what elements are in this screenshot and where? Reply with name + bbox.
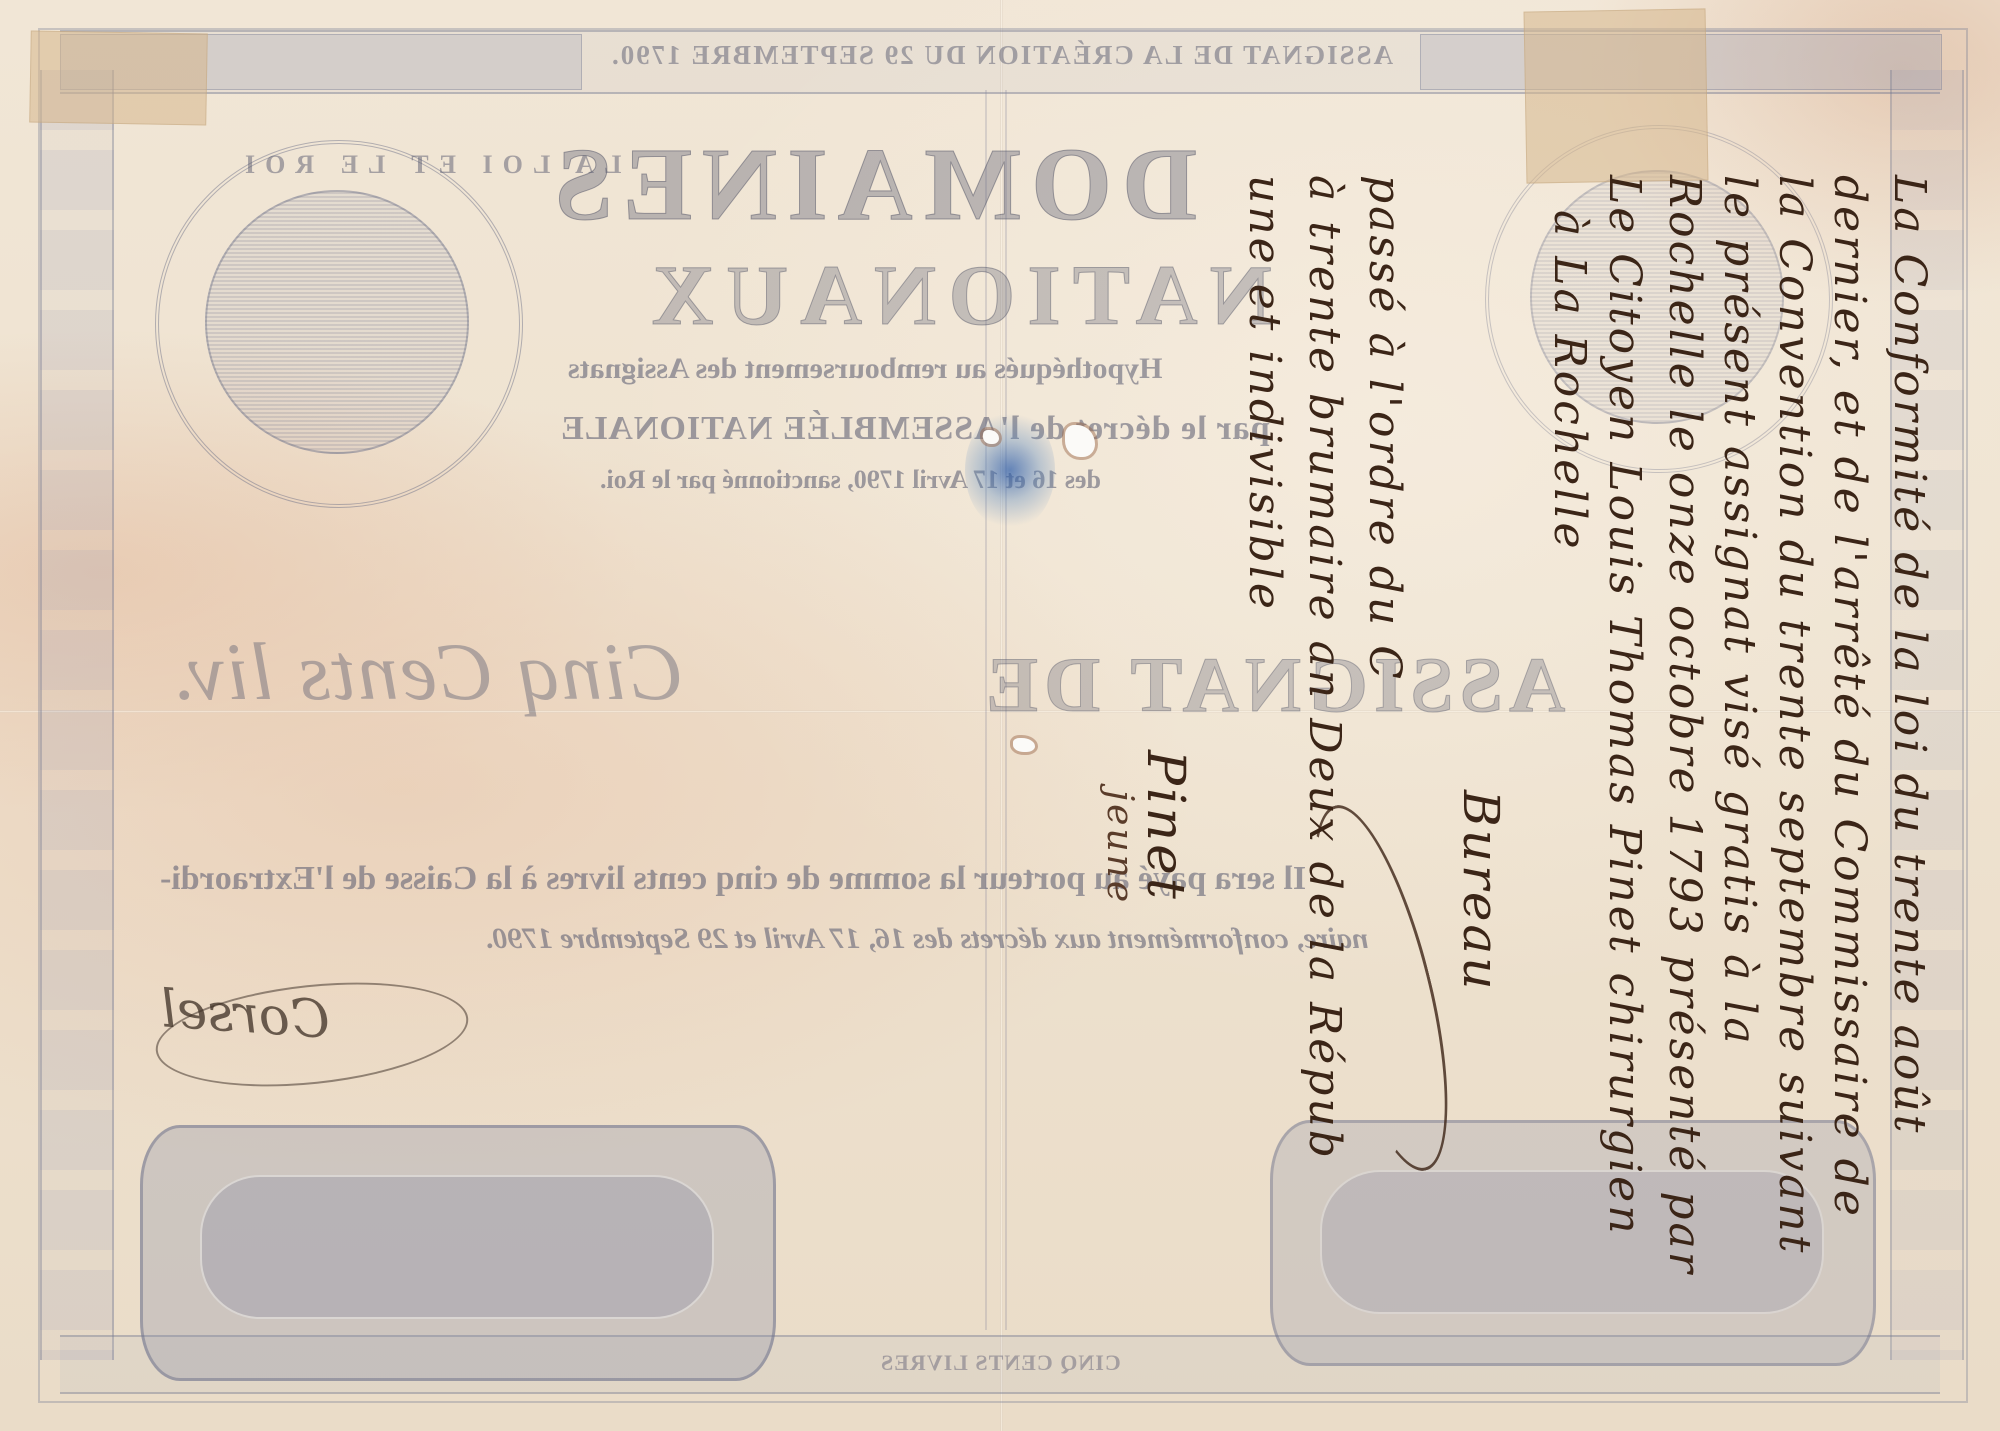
endorsement-line-5: Rochelle le onze octobre 1793 présenté p…: [1659, 175, 1710, 1276]
pin-hole: [983, 430, 999, 444]
subtitle-line-1: Hypothéqués au remboursement des Assigna…: [568, 352, 1163, 386]
left-border-band: [40, 70, 114, 1360]
tape-patch-top-right: [1524, 8, 1709, 183]
footer-banner-text: CINQ CENTS LIVRES: [880, 1350, 1121, 1376]
endorsement-line-2: dernier, et de l'arrêté du Commissaire d…: [1824, 175, 1875, 1219]
endorsement-line-3: la Convention du trente septembre suivan…: [1769, 175, 1820, 1255]
medallion-legend: LA LOI ET LE ROI: [235, 150, 621, 180]
endorsement-signature-jeune: jeune: [1099, 790, 1140, 905]
endorsement-line-4: le présent assignat visé gratis à la: [1714, 175, 1765, 1047]
title-nationaux: NATIONAUX: [640, 245, 1272, 345]
endorsement-line-1: La Conformité de la loi du trente août: [1884, 175, 1935, 1135]
blue-ink-stain: [965, 410, 1055, 530]
cartouche-left-inner: [200, 1175, 714, 1319]
body-text-line-2: naire, conformément aux décrets des 16, …: [485, 922, 1368, 956]
endorsement-line-7: à La Rochelle: [1544, 210, 1595, 551]
denomination-heading: ASSIGNAT DE: [980, 640, 1565, 730]
assignat-document: ASSIGNAT DE LA CRÉATION DU 29 SEPTEMBRE …: [0, 0, 2000, 1431]
title-domaines: DOMAINES: [545, 125, 1197, 244]
pin-hole: [1013, 738, 1035, 752]
subtitle-line-2: par le décret de l'ASSEMBLÉE NATIONALE: [560, 410, 1270, 448]
header-banner-text: ASSIGNAT DE LA CRÉATION DU 29 SEPTEMBRE …: [610, 40, 1393, 71]
medallion-portrait-icon: [205, 190, 469, 454]
endorsement-line-6: Le Citoyen Louis Thomas Pinet chirurgien: [1599, 175, 1650, 1237]
endorsement-line-9: passé à l'ordre du C: [1359, 175, 1410, 682]
tape-patch-top-left: [29, 30, 208, 125]
cartouche-right-inner: [1320, 1170, 1824, 1314]
endorsement-signature-pinet: Pinet: [1135, 750, 1195, 902]
left-signature: Corsel: [158, 979, 332, 1051]
endorsement-line-11: une et indivisible: [1239, 175, 1290, 612]
endorsement-bureau: Bureau: [1452, 790, 1510, 992]
denomination-script: Cinq Cents liv.: [170, 625, 684, 719]
